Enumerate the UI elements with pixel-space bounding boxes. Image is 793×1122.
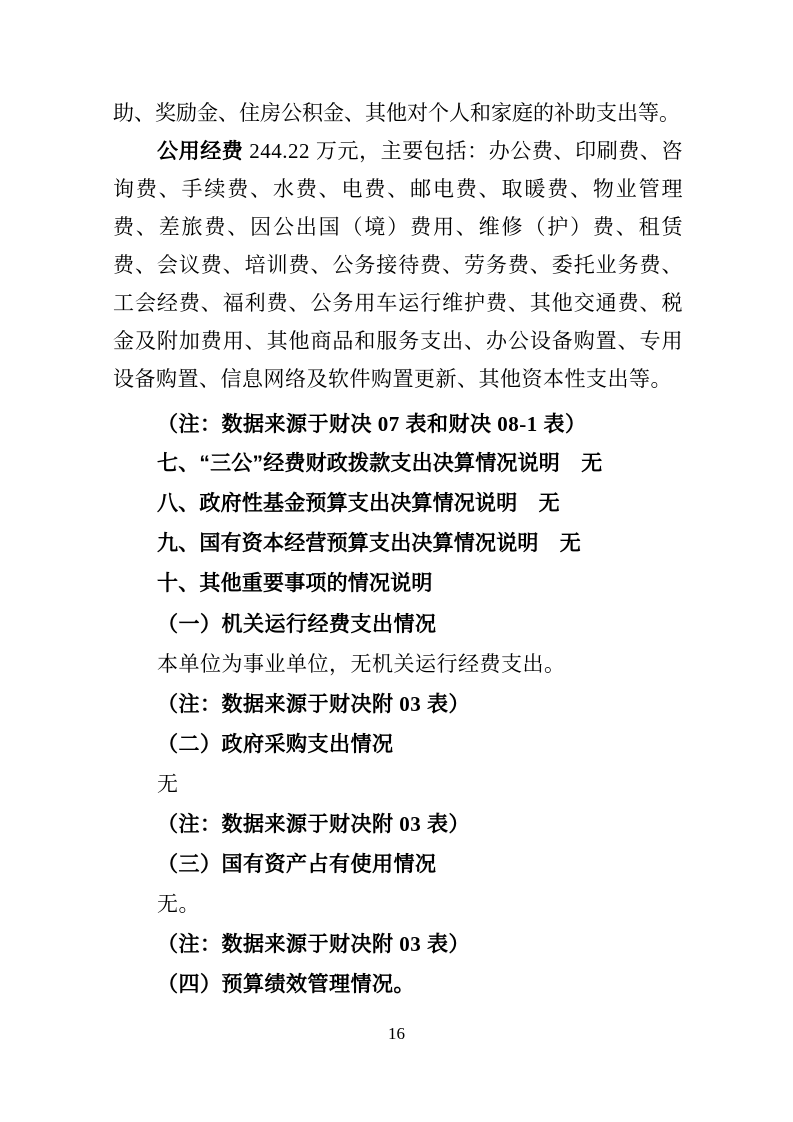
body-text-none-1: 无 — [113, 764, 683, 804]
subheading-two: （二）政府采购支出情况 — [113, 724, 683, 764]
note-data-source-fu03-3: （注：数据来源于财决附 03 表） — [113, 924, 683, 964]
note-data-source-fu03-2: （注：数据来源于财决附 03 表） — [113, 804, 683, 844]
document-content: 助、奖励金、住房公积金、其他对个人和家庭的补助支出等。 公用经费 244.22 … — [113, 94, 683, 1004]
section-heading-ten: 十、其他重要事项的情况说明 — [113, 564, 683, 604]
note-data-source-07-08: （注：数据来源于财决 07 表和财决 08-1 表） — [113, 404, 683, 444]
subheading-three: （三）国有资产占有使用情况 — [113, 844, 683, 884]
paragraph-continuation: 助、奖励金、住房公积金、其他对个人和家庭的补助支出等。 — [113, 94, 683, 132]
body-text-none-2: 无。 — [113, 884, 683, 924]
note-data-source-fu03-1: （注：数据来源于财决附 03 表） — [113, 684, 683, 724]
subheading-one: （一）机关运行经费支出情况 — [113, 604, 683, 644]
public-funds-text: 244.22 万元，主要包括：办公费、印刷费、咨询费、手续费、水费、电费、邮电费… — [113, 139, 683, 391]
subheading-four: （四）预算绩效管理情况。 — [113, 964, 683, 1004]
document-lines: （注：数据来源于财决 07 表和财决 08-1 表） 七、“三公”经费财政拨款支… — [113, 404, 683, 1004]
section-heading-eight: 八、政府性基金预算支出决算情况说明 无 — [113, 484, 683, 524]
section-heading-nine: 九、国有资本经营预算支出决算情况说明 无 — [113, 524, 683, 564]
document-page: 助、奖励金、住房公积金、其他对个人和家庭的补助支出等。 公用经费 244.22 … — [0, 0, 793, 1122]
public-funds-label: 公用经费 — [157, 139, 243, 163]
body-text-org-type: 本单位为事业单位，无机关运行经费支出。 — [113, 644, 683, 684]
page-number: 16 — [0, 1022, 793, 1046]
public-funds-paragraph: 公用经费 244.22 万元，主要包括：办公费、印刷费、咨询费、手续费、水费、电… — [113, 132, 683, 398]
section-heading-seven: 七、“三公”经费财政拨款支出决算情况说明 无 — [113, 444, 683, 484]
